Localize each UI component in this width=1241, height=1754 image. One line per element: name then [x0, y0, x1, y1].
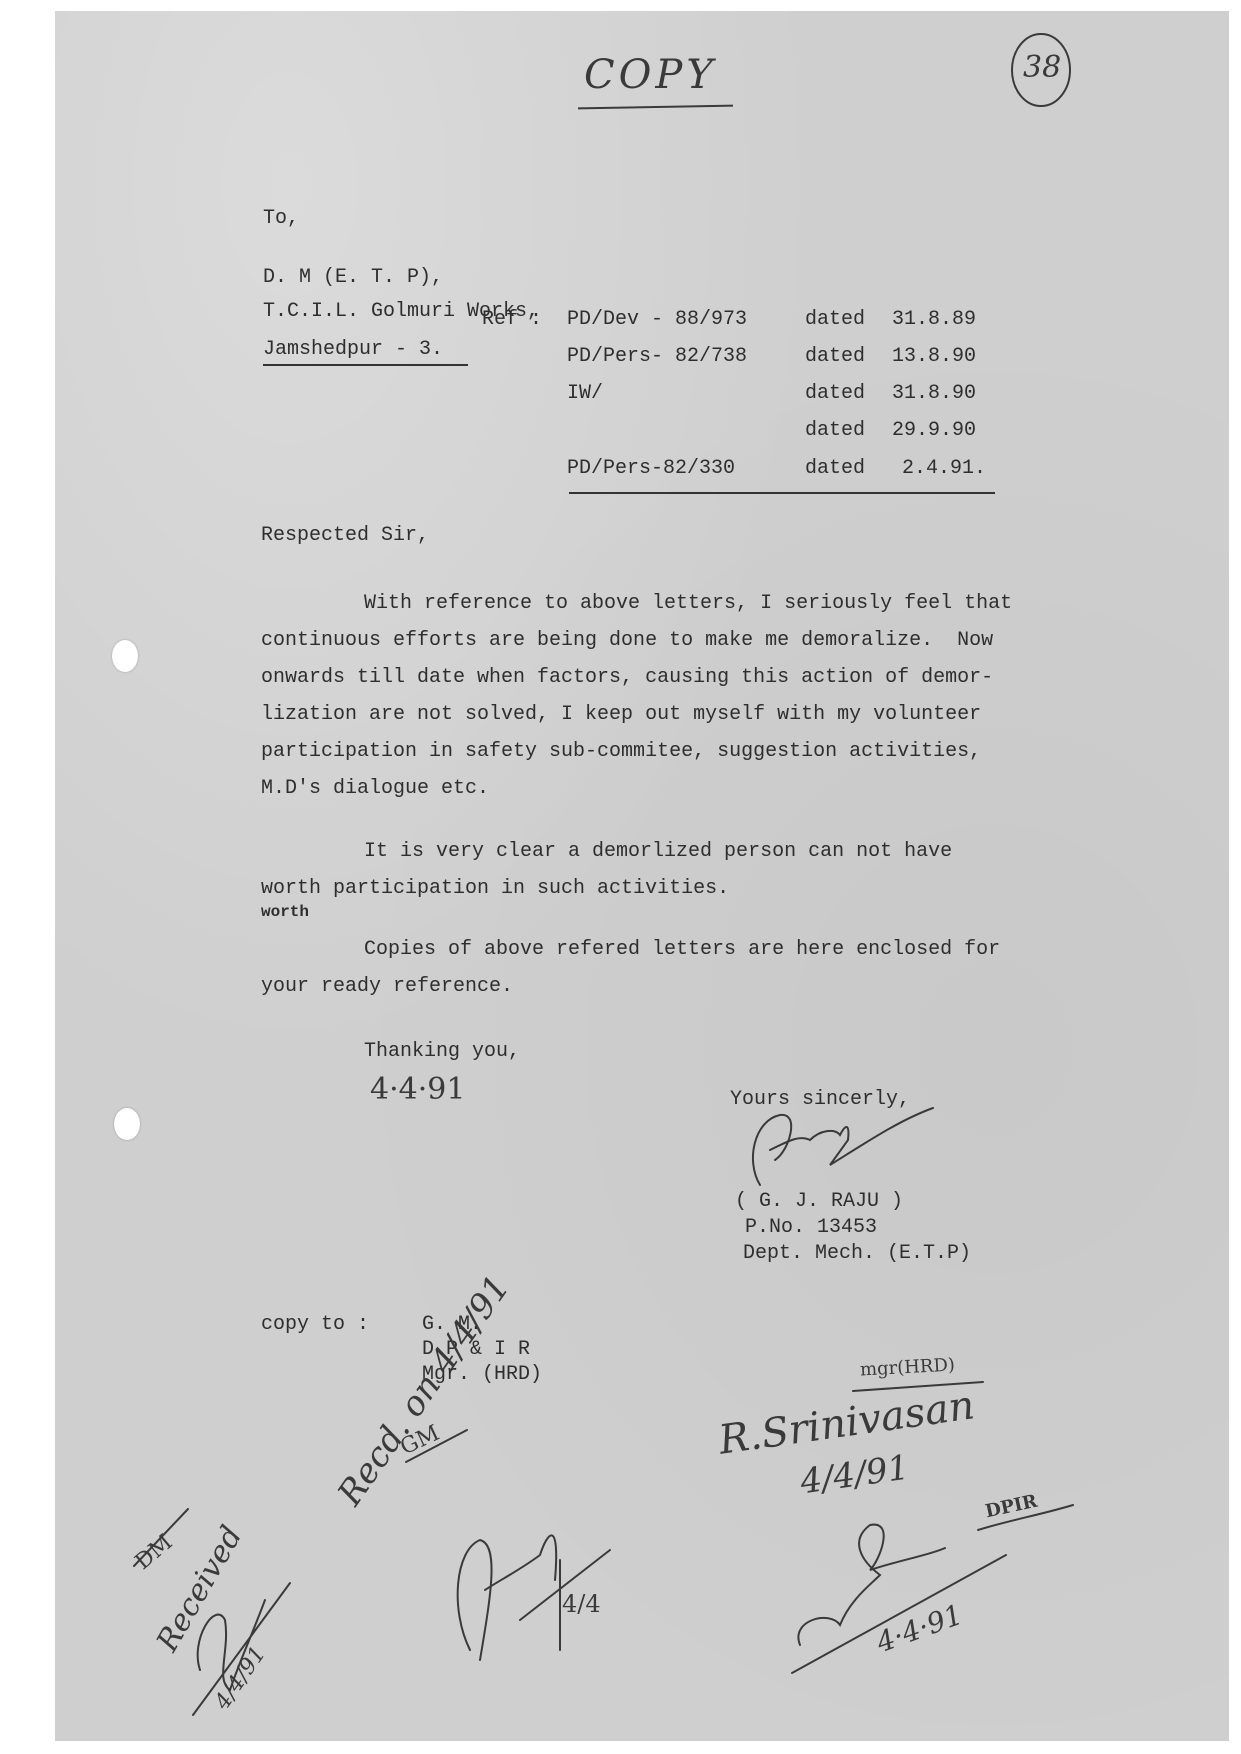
ref-date: 2.4.91. — [902, 457, 986, 481]
signatory-dept: Dept. Mech. (E.T.P) — [743, 1242, 971, 1266]
handwritten-date: 4·4·91 — [370, 1072, 465, 1107]
ref-code: PD/Dev - 88/973 — [567, 308, 747, 332]
punch-hole — [114, 1108, 140, 1140]
body-line: With reference to above letters, I serio… — [364, 592, 1012, 616]
ref-code: PD/Pers- 82/738 — [567, 345, 747, 369]
ref-dated: dated — [805, 382, 865, 406]
recipient-line: Jamshedpur - 3. — [263, 338, 443, 362]
ref-code: PD/Pers-82/330 — [567, 457, 735, 481]
copy-to-label: copy to : — [261, 1313, 369, 1337]
body-line: lization are not solved, I keep out myse… — [261, 703, 981, 727]
to-label: To, — [263, 207, 299, 231]
body-line: your ready reference. — [261, 975, 513, 999]
ref-date: 31.8.89 — [892, 308, 976, 332]
body-line: onwards till date when factors, causing … — [261, 666, 993, 690]
signatory-pno: P.No. 13453 — [745, 1216, 877, 1240]
address-underline — [263, 364, 468, 366]
page-number: 38 — [1023, 50, 1061, 85]
paper-sheet — [55, 11, 1229, 1741]
body-line: worth participation in such activities. — [261, 877, 729, 901]
recipient-line: D. M (E. T. P), — [263, 266, 443, 290]
ref-dated: dated — [805, 308, 865, 332]
closing: Thanking you, — [364, 1040, 520, 1064]
ref-code: IW/ — [567, 382, 603, 406]
ref-dated: dated — [805, 419, 865, 443]
copy-annotation: COPY — [584, 52, 717, 98]
ref-date: 31.8.90 — [892, 382, 976, 406]
ref-label: Ref : — [482, 308, 542, 332]
typed-correction: worth — [261, 900, 309, 924]
body-line: continuous efforts are being done to mak… — [261, 629, 993, 653]
references-underline — [569, 492, 995, 494]
signatory-name: ( G. J. RAJU ) — [735, 1190, 903, 1214]
body-line: M.D's dialogue etc. — [261, 777, 489, 801]
body-line: It is very clear a demorlized person can… — [364, 840, 952, 864]
gm-date: 4/4 — [562, 1590, 601, 1618]
ref-date: 29.9.90 — [892, 419, 976, 443]
ref-dated: dated — [805, 457, 865, 481]
sign-off: Yours sincerly, — [730, 1088, 910, 1112]
punch-hole — [112, 640, 138, 672]
ref-dated: dated — [805, 345, 865, 369]
body-line: participation in safety sub-commitee, su… — [261, 740, 981, 764]
greeting: Respected Sir, — [261, 524, 429, 548]
ref-date: 13.8.90 — [892, 345, 976, 369]
body-line: Copies of above refered letters are here… — [364, 938, 1000, 962]
